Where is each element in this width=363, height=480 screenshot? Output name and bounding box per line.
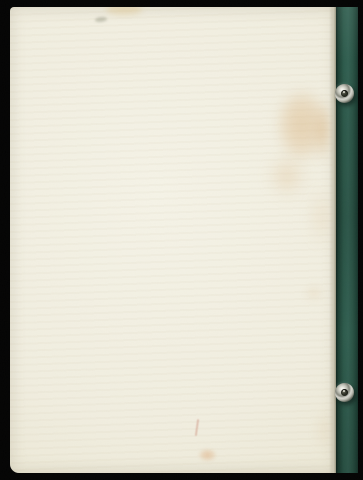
stain-large-upper-right xyxy=(268,77,336,173)
stain-bottom-center-spot xyxy=(196,447,219,463)
paper-texture-streaks xyxy=(10,7,336,473)
scan-frame xyxy=(0,0,363,480)
page-right-edge-shadow xyxy=(329,7,336,473)
stain-top-edge-streak xyxy=(106,7,142,15)
stain-large-lower-lobe xyxy=(260,145,314,207)
grommet-top xyxy=(335,84,354,103)
grommet-bottom xyxy=(335,383,354,402)
grommet-top-hole xyxy=(341,90,348,97)
binding-strip xyxy=(336,7,358,473)
smudge-top-left xyxy=(95,16,107,22)
binding-strip-shading xyxy=(336,7,358,473)
red-hairline-mark xyxy=(195,419,199,436)
scanned-page xyxy=(10,7,336,473)
grommet-bottom-hole xyxy=(341,389,348,396)
stain-mid-right-faint xyxy=(300,281,328,305)
